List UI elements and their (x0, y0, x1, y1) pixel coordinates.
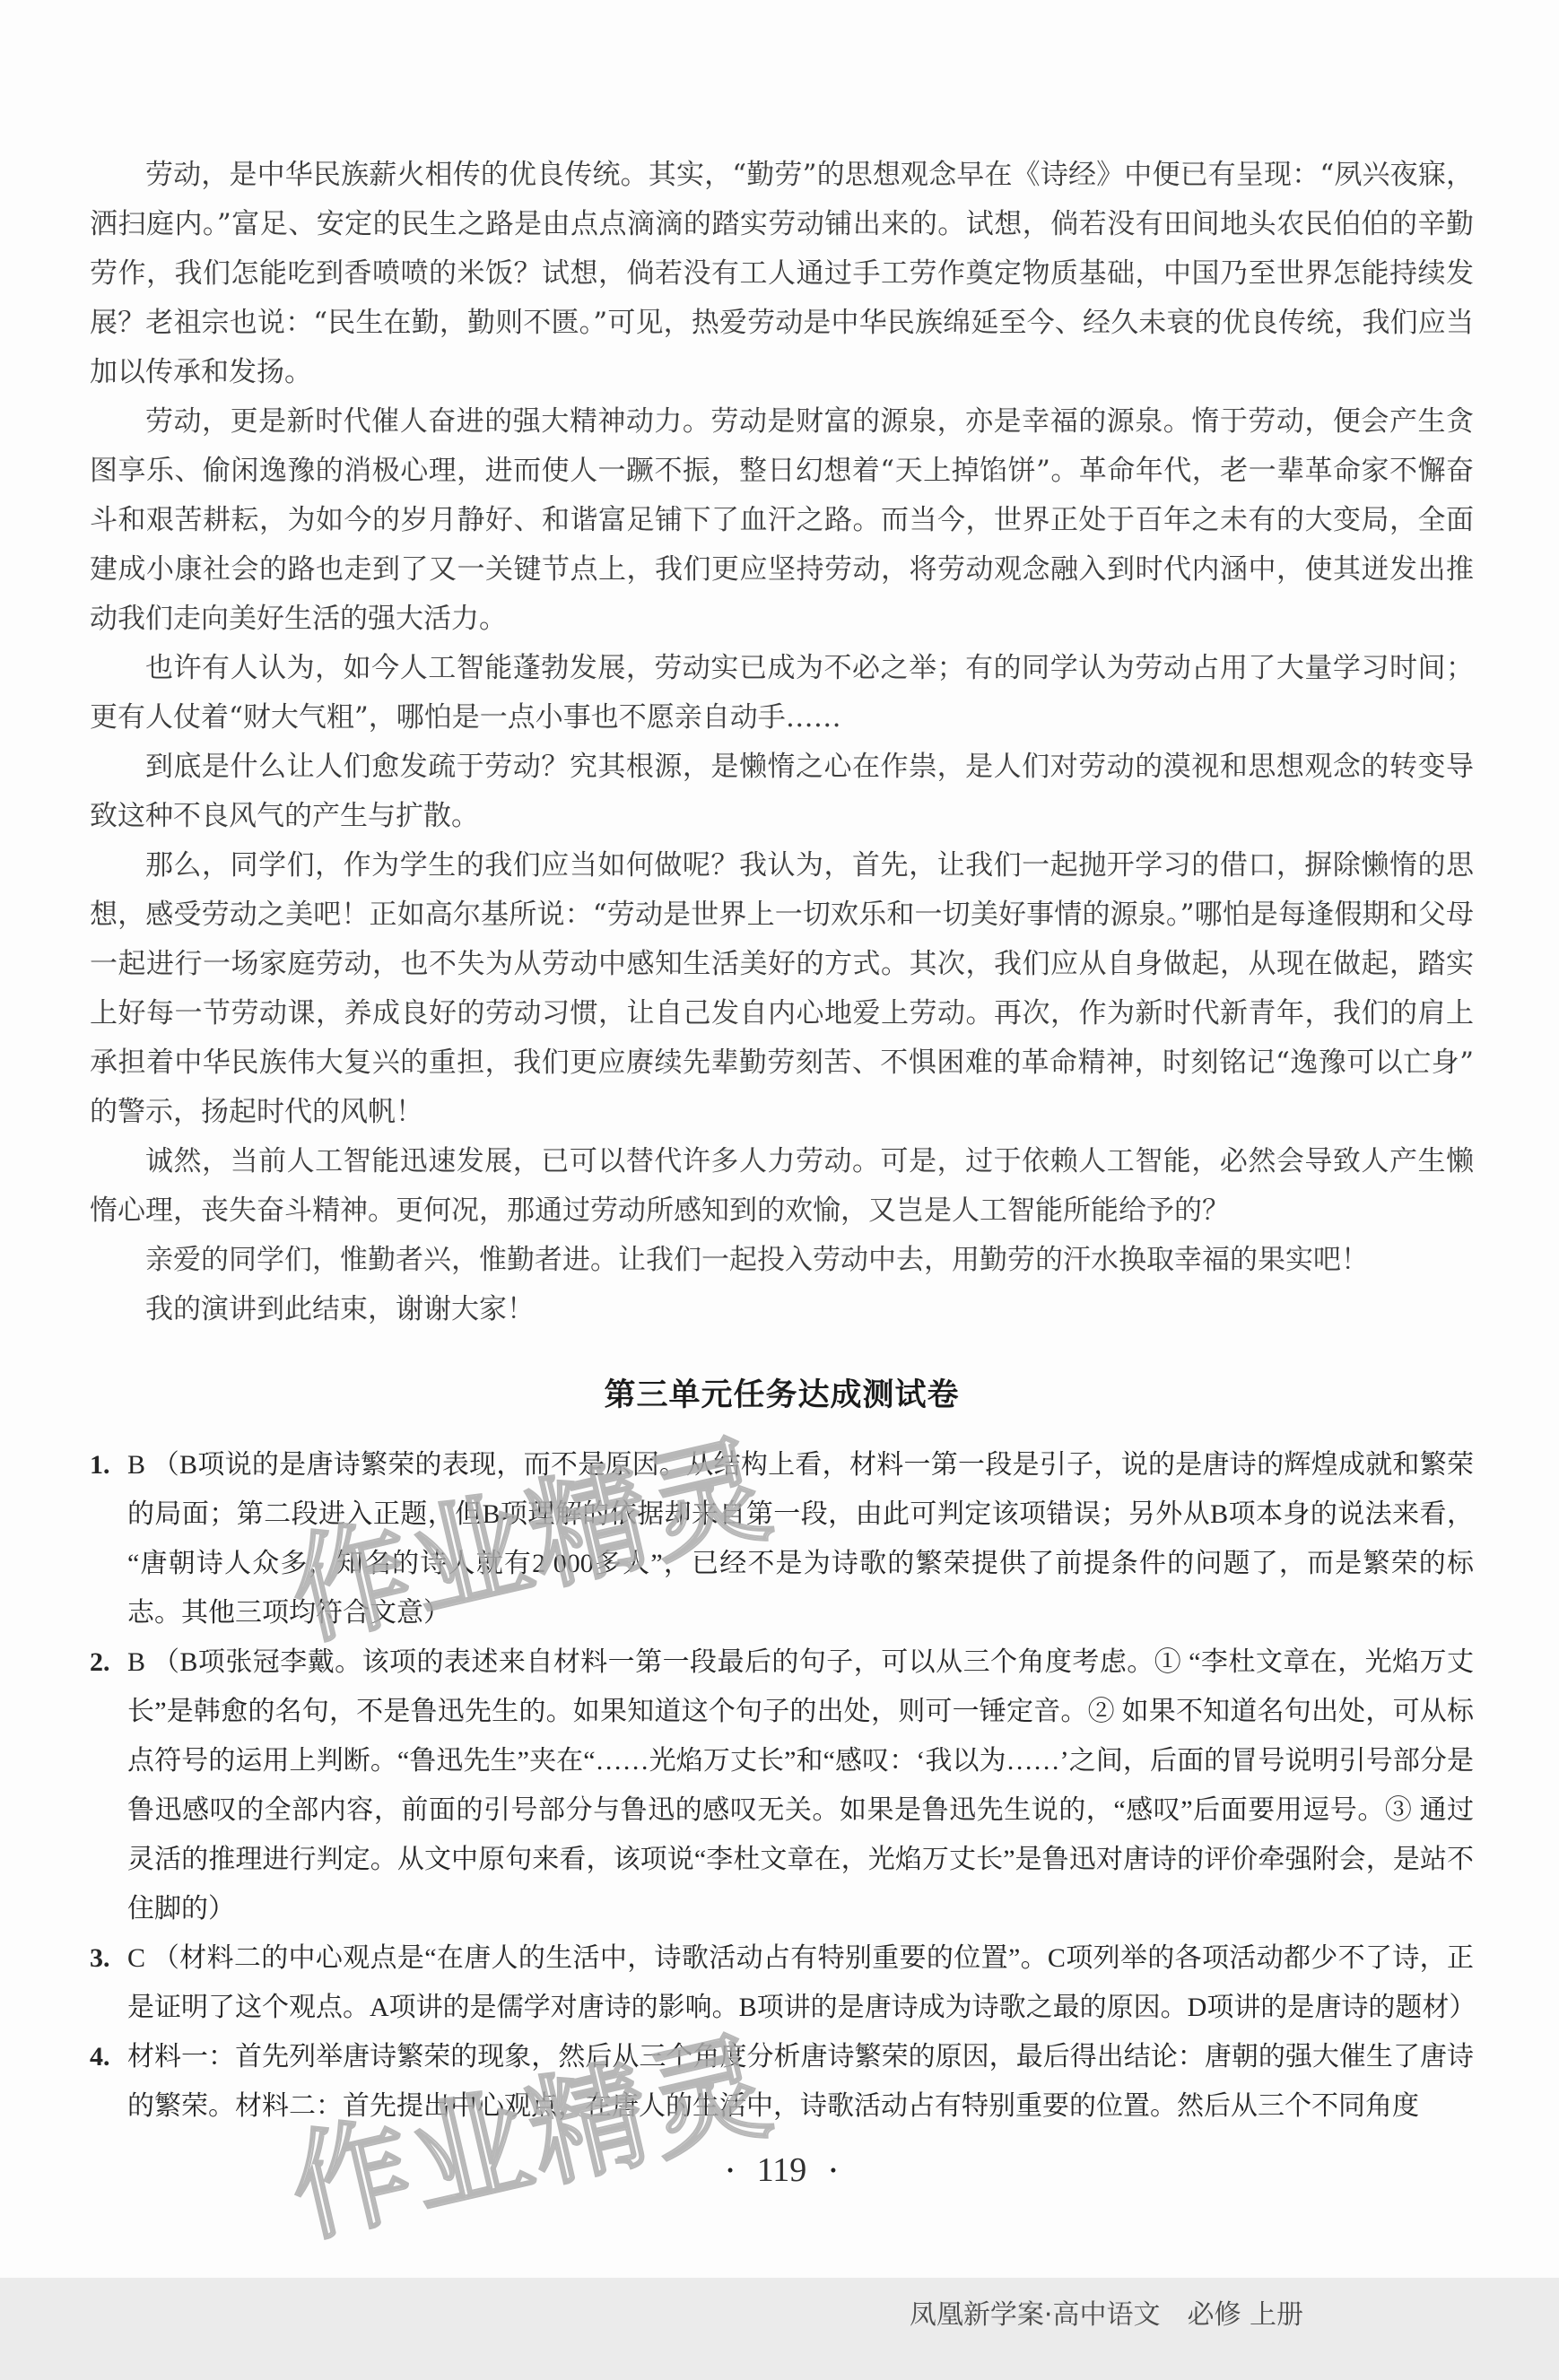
answer-text: 材料一：首先列举唐诗繁荣的现象，然后从三个角度分析唐诗繁荣的原因，最后得出结论：… (127, 2042, 1474, 2121)
page-number-dot-left: • (727, 2161, 733, 2180)
answers-list: 1. B （B项说的是唐诗繁荣的表现，而不是原因。从结构上看，材料一第一段是引子… (90, 1440, 1474, 2131)
essay-paragraph: 劳动，是中华民族薪火相传的优良传统。其实，“勤劳”的思想观念早在《诗经》中便已有… (90, 151, 1474, 397)
answer-item-4: 4. 材料一：首先列举唐诗繁荣的现象，然后从三个角度分析唐诗繁荣的原因，最后得出… (90, 2032, 1474, 2131)
section-title: 第三单元任务达成测试卷 (90, 1370, 1474, 1415)
answer-number: 2. (90, 1637, 127, 1687)
imprint-text: 凤凰新学案·高中语文 必修 上册 (910, 2292, 1303, 2332)
essay-paragraph: 我的演讲到此结束，谢谢大家！ (90, 1285, 1474, 1334)
page-number-dot-right: • (830, 2161, 836, 2180)
answer-number: 3. (90, 1933, 127, 1983)
answer-text: B （B项说的是唐诗繁荣的表现，而不是原因。从结构上看，材料一第一段是引子，说的… (127, 1450, 1474, 1628)
essay-paragraph: 也许有人认为，如今人工智能蓬勃发展，劳动实已成为不必之举；有的同学认为劳动占用了… (90, 644, 1474, 743)
essay-paragraph: 那么，同学们，作为学生的我们应当如何做呢？我认为，首先，让我们一起抛开学习的借口… (90, 841, 1474, 1137)
answer-text: C （材料二的中心观点是“在唐人的生活中，诗歌活动占有特别重要的位置”。C项列举… (127, 1943, 1476, 2022)
workbook-page: 劳动，是中华民族薪火相传的优良传统。其实，“勤劳”的思想观念早在《诗经》中便已有… (0, 0, 1559, 2380)
answer-number: 4. (90, 2032, 127, 2081)
answer-item-3: 3. C （材料二的中心观点是“在唐人的生活中，诗歌活动占有特别重要的位置”。C… (90, 1933, 1474, 2032)
page-content: 劳动，是中华民族薪火相传的优良传统。其实，“勤劳”的思想观念早在《诗经》中便已有… (0, 0, 1559, 2190)
essay-section: 劳动，是中华民族薪火相传的优良传统。其实，“勤劳”的思想观念早在《诗经》中便已有… (90, 151, 1474, 1334)
essay-paragraph: 诚然，当前人工智能迅速发展，已可以替代许多人力劳动。可是，过于依赖人工智能，必然… (90, 1137, 1474, 1236)
answer-item-2: 2. B （B项张冠李戴。该项的表述来自材料一第一段最后的句子，可以从三个角度考… (90, 1637, 1474, 1933)
page-number: • 119 • (90, 2150, 1474, 2190)
essay-paragraph: 亲爱的同学们，惟勤者兴，惟勤者进。让我们一起投入劳动中去，用勤劳的汗水换取幸福的… (90, 1236, 1474, 1285)
footer-bar: 凤凰新学案·高中语文 必修 上册 (0, 2278, 1559, 2380)
essay-paragraph: 到底是什么让人们愈发疏于劳动？究其根源，是懒惰之心在作祟，是人们对劳动的漠视和思… (90, 743, 1474, 841)
answer-text: B （B项张冠李戴。该项的表述来自材料一第一段最后的句子，可以从三个角度考虑。①… (127, 1647, 1474, 1924)
page-number-value: 119 (757, 2150, 807, 2190)
answer-number: 1. (90, 1440, 127, 1490)
answer-item-1: 1. B （B项说的是唐诗繁荣的表现，而不是原因。从结构上看，材料一第一段是引子… (90, 1440, 1474, 1637)
essay-paragraph: 劳动，更是新时代催人奋进的强大精神动力。劳动是财富的源泉，亦是幸福的源泉。惰于劳… (90, 397, 1474, 644)
